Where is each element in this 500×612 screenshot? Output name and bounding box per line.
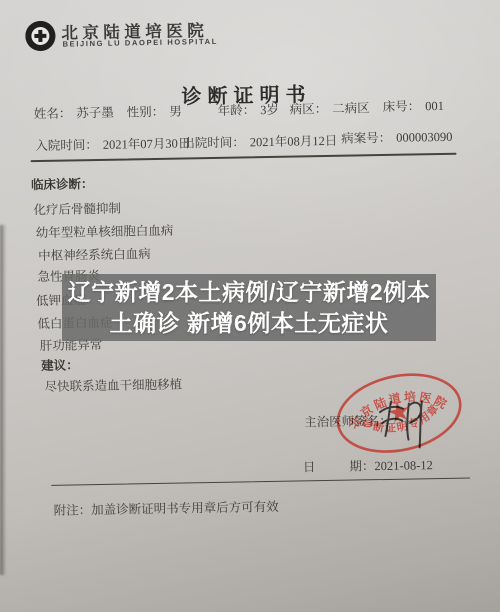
field-age: 年龄：3岁: [218, 100, 280, 119]
field-age-label: 年龄：: [218, 103, 256, 118]
overlay-line-2: 土确诊 新增6例本土无症状: [110, 308, 389, 339]
date-value: 2021-08-12: [374, 458, 433, 473]
field-record-number: 病案号：000003090: [341, 127, 453, 147]
field-gender-value: 男: [169, 104, 182, 118]
field-ward-value: 二病区: [332, 101, 370, 116]
footnote: 附注：加盖诊断证明书专用章后方可有效: [54, 497, 279, 519]
field-bed-number: 床号：001: [383, 96, 445, 115]
field-discharge-date: 出院时间：2021年08月12日: [182, 131, 337, 152]
field-ward-label: 病区：: [290, 102, 328, 117]
field-bed-value: 001: [425, 99, 444, 113]
field-ward: 病区：二病区: [290, 98, 370, 117]
field-bed-label: 床号：: [383, 99, 421, 114]
field-record-label: 病案号：: [341, 131, 391, 146]
field-admission-date: 入院时间：2021年07月30日: [35, 133, 190, 154]
diagnosis-item: 中枢神经系统白血病: [38, 244, 151, 264]
field-name: 姓名：苏子墨: [34, 103, 114, 122]
separator-line-top: [31, 153, 457, 162]
diagnosis-heading: 临床诊断：: [31, 174, 94, 193]
footnote-label: 附注：: [54, 503, 92, 518]
medical-cross-icon: [34, 30, 46, 42]
field-discharge-label: 出院时间：: [182, 135, 245, 150]
advice-item: 尽快联系造血干细胞移植: [44, 375, 182, 395]
field-discharge-value: 2021年08月12日: [250, 134, 338, 150]
field-name-label: 姓名：: [34, 106, 72, 121]
date-label-part1: 日: [303, 460, 316, 474]
field-name-value: 苏子墨: [76, 106, 114, 121]
news-overlay-banner: 辽宁新增2本土病例/辽宁新增2例本 土确诊 新增6例本土无症状: [62, 274, 436, 341]
diagnosis-item: 幼年型粒单核细胞白血病: [36, 221, 174, 241]
overlay-line-1: 辽宁新增2本土病例/辽宁新增2例本: [68, 277, 430, 308]
hospital-name-en: BEIJING LU DAOPEI HOSPITAL: [62, 37, 218, 49]
field-record-value: 000003090: [396, 130, 452, 145]
field-gender: 性别：男: [127, 101, 182, 120]
diagnosis-item: 化疗后骨髓抑制: [33, 199, 121, 219]
separator-line-bottom: [51, 478, 470, 487]
field-admission-label: 入院时间：: [35, 138, 98, 153]
field-gender-label: 性别：: [127, 105, 165, 120]
hospital-logo-icon: [25, 21, 56, 52]
field-age-value: 3岁: [260, 103, 279, 117]
date-label-part2: 期：: [349, 459, 374, 473]
date-row: 日期：2021-08-12: [303, 455, 433, 475]
footnote-text: 加盖诊断证明书专用章后方可有效: [91, 500, 279, 517]
field-admission-value: 2021年07月30日: [103, 136, 191, 152]
date-label-gap: [316, 471, 350, 472]
logo-ring: [31, 27, 49, 45]
advice-heading: 建议：: [41, 355, 79, 374]
